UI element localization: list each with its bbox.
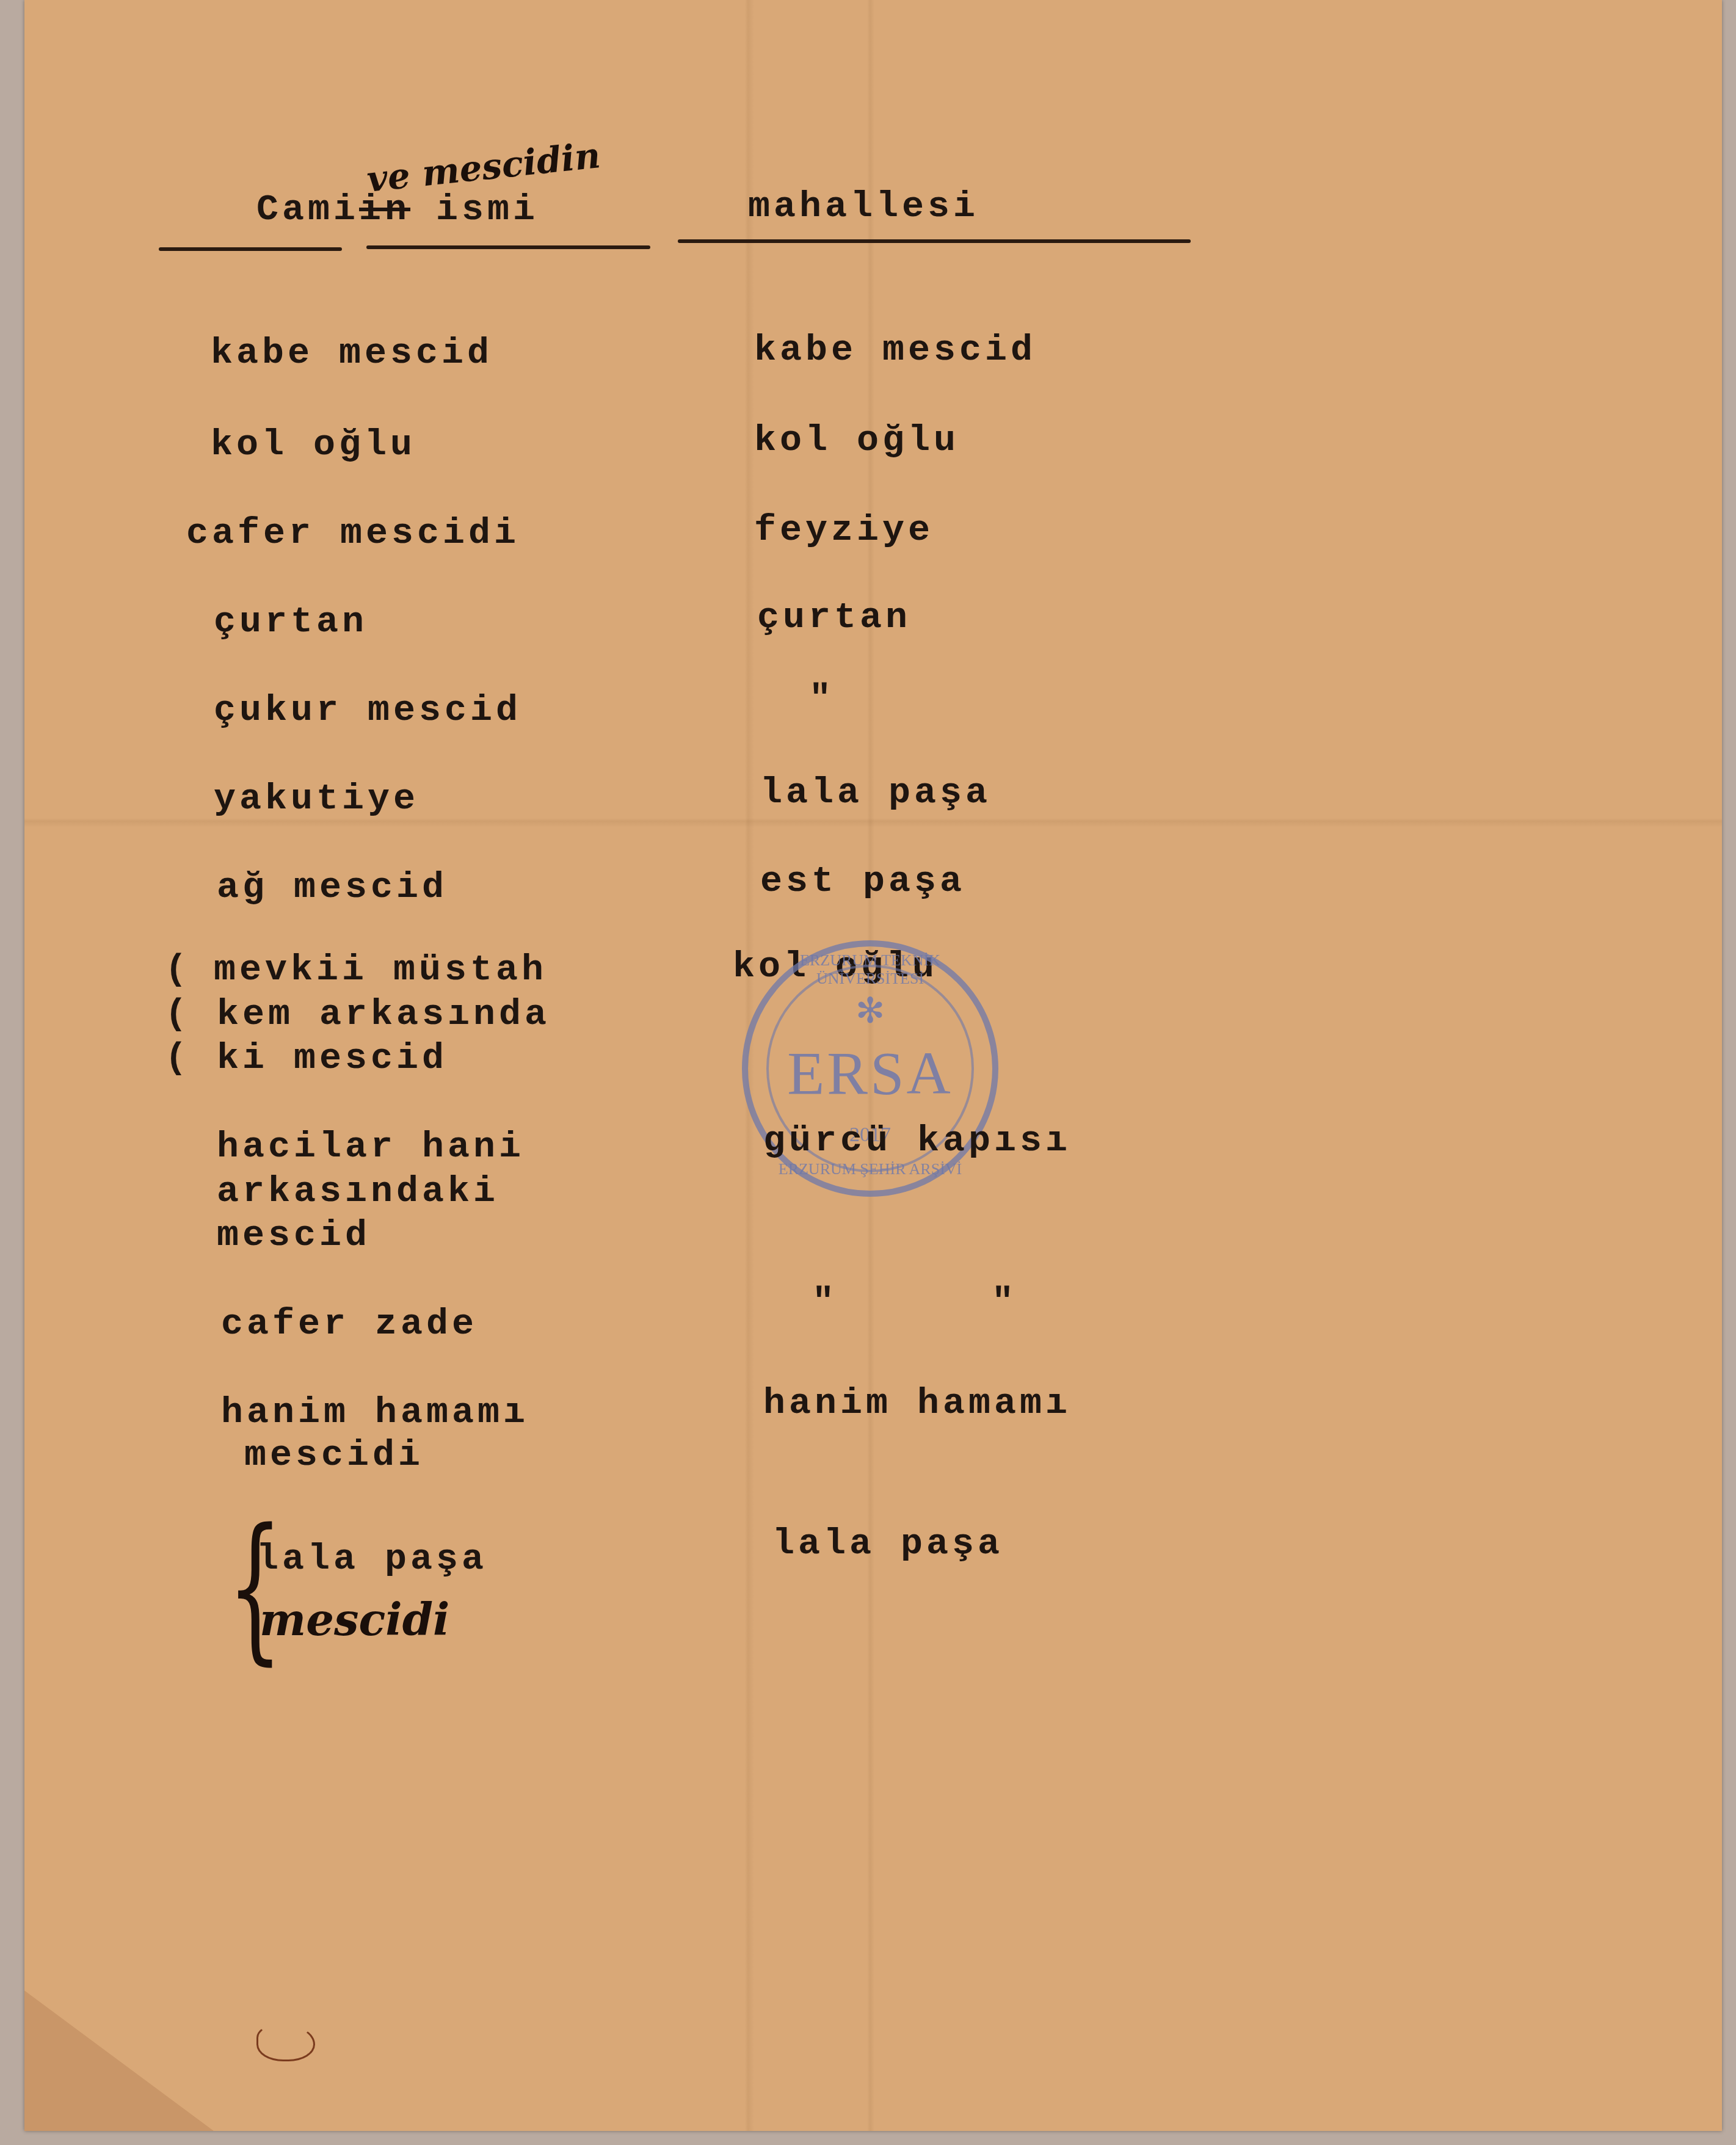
header-underline-2 (366, 245, 650, 249)
paren-mark: ( (165, 949, 191, 991)
header-underline-1 (159, 247, 342, 251)
mosque-name: cafer zade (221, 1304, 478, 1345)
header-suffix: ismi (410, 189, 539, 231)
district: lala paşa (760, 772, 991, 814)
mosque-name-line: mescidi (244, 1435, 424, 1476)
handwritten-mosque-suffix: mescidi (260, 1594, 449, 1646)
header-prefix: Cami (256, 189, 359, 231)
district: kol oğlu (754, 420, 959, 462)
district: hanim hamamı (763, 1383, 1071, 1425)
mosque-name-line: ki mescid (217, 1038, 448, 1080)
column-header-mosque-name: Camiin ismi (256, 189, 539, 231)
mosque-name: yakutiye (214, 779, 419, 820)
district: gürcü kapısı (763, 1120, 1071, 1162)
mosque-name-line: arkasındaki (217, 1171, 499, 1213)
mosque-name-line: kem arkasında (217, 994, 550, 1036)
district: kabe mescid (754, 330, 1036, 371)
mosque-name: çukur mescid (214, 690, 521, 731)
mosque-name-line: mescid (217, 1215, 371, 1257)
mosque-name: çurtan (214, 601, 368, 643)
mosque-name: kol oğlu (211, 424, 416, 466)
stamp-ring-top-text: ERZURUM TEKNİK ÜNİVERSİTESİ (748, 951, 992, 988)
district-ditto: " " (812, 1282, 1017, 1324)
mosque-name: cafer mescidi (186, 513, 520, 554)
header-struck: in (359, 189, 410, 231)
mosque-name-line: mevkii müstah (214, 949, 547, 991)
mosque-name-line: hacilar hani (217, 1127, 525, 1168)
paren-mark: ( (165, 1038, 191, 1080)
district: lala paşa (772, 1523, 1003, 1565)
district: feyziye (754, 510, 934, 551)
stamp-ring-bottom-text: ERZURUM ŞEHİR ARŞİVİ (748, 1160, 992, 1178)
snowflake-emblem-icon: ✻ (748, 983, 992, 1036)
district: çurtan (757, 597, 911, 639)
district-ditto: " (809, 679, 835, 720)
column-header-district: mahallesi (748, 186, 979, 228)
header-underline-3 (678, 239, 1191, 243)
mosque-name-line: hanim hamamı (221, 1392, 529, 1434)
paren-mark: ( (165, 994, 191, 1036)
mosque-name: kabe mescid (211, 333, 493, 374)
mosque-name: lala paşa (256, 1539, 487, 1580)
stamp-center-text: ERSA (748, 1038, 992, 1108)
district: est paşa (760, 861, 965, 902)
mosque-name: ağ mescid (217, 867, 448, 909)
folded-corner (24, 1991, 214, 2131)
